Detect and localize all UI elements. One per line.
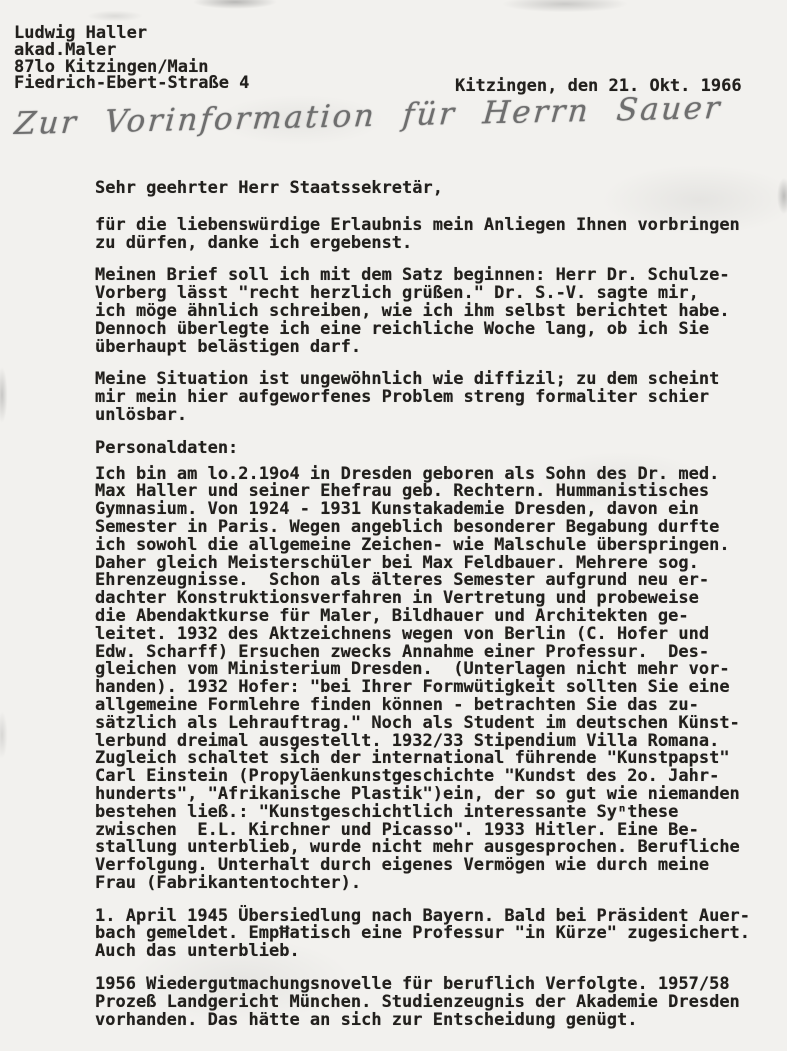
body-line: mir mein hier aufgeworfenes Problem stre… xyxy=(95,389,755,407)
body-line: Frau (Fabrikantentochter). xyxy=(95,875,755,893)
paragraph: Ich bin am lo.2.19o4 in Dresden geboren … xyxy=(95,466,755,893)
body-line: Dennoch überlegte ich eine reichliche Wo… xyxy=(95,321,755,339)
body-line: vorhanden. Das hätte an sich zur Entsche… xyxy=(95,1012,755,1030)
letter-page: Ludwig Haller akad.Maler 87lo Kitzingen/… xyxy=(0,0,787,1051)
body-line: für die liebenswürdige Erlaubnis mein An… xyxy=(95,217,755,235)
letter-body: Sehr geehrter Herr Staatssekretär, für d… xyxy=(95,180,755,1044)
paragraph: 1. April 1945 Übersiedlung nach Bayern. … xyxy=(95,908,755,961)
body-line: bestehen ließ.: "Kunstgeschichtlich inte… xyxy=(95,804,755,822)
body-line: Personaldaten: xyxy=(95,440,755,458)
paragraph: Meinen Brief soll ich mit dem Satz begin… xyxy=(95,267,755,356)
body-line: überhaupt belästigen darf. xyxy=(95,339,755,357)
body-line: Auch das unterblieb. xyxy=(95,943,755,961)
body-line: Prozeß Landgericht München. Studienzeugn… xyxy=(95,994,755,1012)
handwritten-note: Zur Vorinformation für Herrn Sauer xyxy=(13,90,723,142)
salutation: Sehr geehrter Herr Staatssekretär, xyxy=(95,180,755,198)
paragraph: Meine Situation ist ungewöhnlich wie dif… xyxy=(95,371,755,424)
body-line: zu dürfen, danke ich ergebenst. xyxy=(95,235,755,253)
body-line: leitet. 1932 des Aktzeichnens wegen von … xyxy=(95,626,755,644)
paragraph: 1956 Wiedergutmachungsnovelle für berufl… xyxy=(95,976,755,1029)
body-line: ich sowohl die allgemeine Zeichen- wie M… xyxy=(95,537,755,555)
body-line: unlösbar. xyxy=(95,407,755,425)
paragraph: für die liebenswürdige Erlaubnis mein An… xyxy=(95,217,755,253)
body-line: sätzlich als Lehrauftrag." Noch als Stud… xyxy=(95,715,755,733)
section-heading: Personaldaten: xyxy=(95,440,755,458)
sender-street: Fiedrich-Ebert-Straße 4 xyxy=(14,75,249,92)
sender-block: Ludwig Haller akad.Maler 87lo Kitzingen/… xyxy=(14,25,249,92)
